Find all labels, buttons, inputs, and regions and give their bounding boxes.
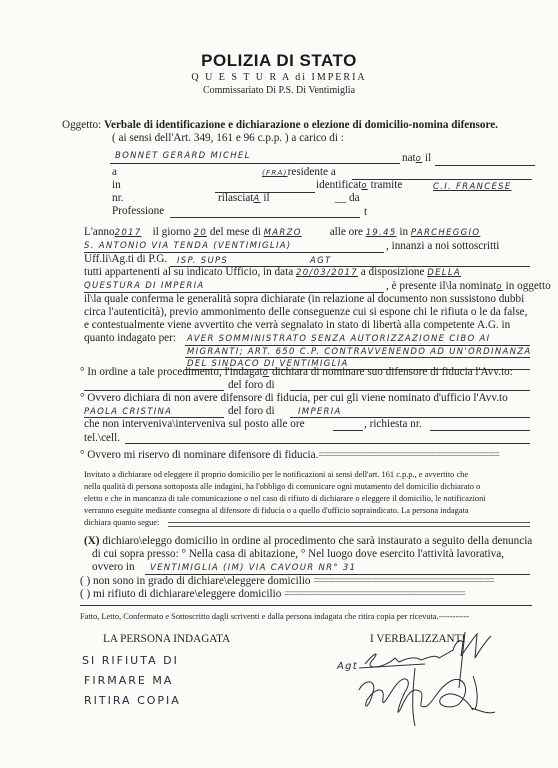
profession-end: t (364, 206, 367, 219)
notice-line-2: nella qualità di persona sottoposta alle… (84, 481, 480, 492)
body-line-1: il\la quale conferma le generalità sopra… (84, 293, 524, 306)
profession-label: Professione (112, 205, 164, 218)
appointed-lawyer-line: ° Ovvero dichiara di non avere difensore… (80, 392, 508, 405)
hour-underline (333, 430, 363, 431)
commissariato-line: Commissariato Di P.S. Di Ventimiglia (0, 85, 558, 96)
birthplace-label: a (112, 166, 117, 179)
notice-line-4: verranno eseguite mediante consegna al d… (84, 505, 469, 516)
domicile-option-2: ( ) non sono in grado di dichiare\elegge… (80, 575, 494, 588)
address-in-label: in (112, 179, 121, 192)
document-page: POLIZIA DI STATO Q U E S T U R A di IMPE… (0, 0, 558, 768)
closing-divider (80, 605, 532, 606)
present-text: , è presente il\la nominato in oggetto (386, 280, 551, 294)
identified-label: identificato tramite (316, 179, 402, 193)
charge-label: quanto indagato per: (84, 332, 176, 345)
person-label: LA PERSONA INDAGATA (103, 633, 230, 646)
request-label: , richiesta nr. (364, 418, 422, 431)
phone-underline (125, 443, 530, 444)
agency-title: POLIZIA DI STATO (0, 51, 558, 71)
subject-title: Verbale di identificazione e dichiarazio… (104, 119, 498, 131)
issued-by-label: __ da (335, 192, 360, 205)
notice-divider (168, 522, 530, 527)
subject-label: Oggetto: (62, 119, 101, 131)
trusted-lawyer-line: ° In ordine a tale procedimento, l'indag… (80, 366, 513, 380)
phone-label: tel.\cell. (84, 432, 120, 445)
suspect-name: BONNET GERARD MICHEL (115, 150, 251, 163)
body-line-2: circa l'autenticità), previo ammonimento… (84, 306, 527, 319)
refusal-note-line-2: FIRMARE MA (84, 674, 173, 687)
closing-statement: Fatto, Letto, Confermato e Sottoscritto … (80, 611, 469, 622)
before-us-text: , innanzi a noi sottoscritti (386, 240, 499, 253)
domicile-option-1: (X) dichiaro\eleggo domicilio in ordine … (84, 535, 532, 548)
domicile-option-3: ( ) mi rifiuto di dichiarare\eleggere do… (80, 588, 465, 601)
questura-line: Q U E S T U R A di IMPERIA (0, 72, 558, 83)
doc-number-label: nr. (112, 192, 124, 205)
name-underline (110, 163, 400, 164)
notice-line-3: eletto e che in mancanza di tale comunic… (84, 493, 486, 504)
intervention-line: che non interveniva\interveniva sul post… (84, 418, 305, 431)
born-date-underline (435, 165, 535, 166)
domicile-option-1-cont: di cui sopra presso: ° Nella casa di abi… (92, 548, 504, 561)
body-line-3: e contestualmente viene avvertito che ve… (84, 319, 510, 332)
legal-reference: ( ai sensi dell'Art. 349, 161 e 96 c.p.p… (112, 132, 344, 145)
bar-label-1: del foro di (228, 379, 275, 392)
bar-underline-1 (290, 390, 530, 391)
notice-line-5: dichiara quanto segue: (84, 517, 159, 528)
officers-label: Uff.li\Ag.ti di P.G. (84, 253, 167, 266)
refusal-note-line-3: RITIRA COPIA (84, 694, 181, 707)
domicile-ovvero-label: ovvero in (92, 561, 135, 574)
born-label: nato il (402, 152, 431, 166)
document-type: C.I. FRANCESE (433, 181, 512, 194)
trusted-lawyer-underline (84, 390, 224, 391)
reserve-line: ° Ovvero mi riservo di nominare difensor… (80, 449, 499, 462)
report-date-line: tutti appartenenti al su indicato Uffici… (84, 266, 461, 280)
bar-label-2: del foro di (228, 405, 275, 418)
request-underline (430, 430, 530, 431)
residence-label: (FRA)residente a (262, 166, 336, 180)
profession-underline (170, 217, 360, 218)
report-line-1: L'anno2017 il giorno 20 del mese di MARZ… (84, 226, 480, 240)
subject-line: Oggetto: Verbale di identificazione e di… (62, 119, 498, 132)
officer-signatures (355, 628, 505, 738)
notice-line-1: Invitato a dichiarare od eleggere il pro… (84, 469, 468, 480)
issued-label: rilasciatA il (218, 192, 270, 206)
refusal-note-line-1: SI RIFIUTA DI (82, 654, 179, 667)
